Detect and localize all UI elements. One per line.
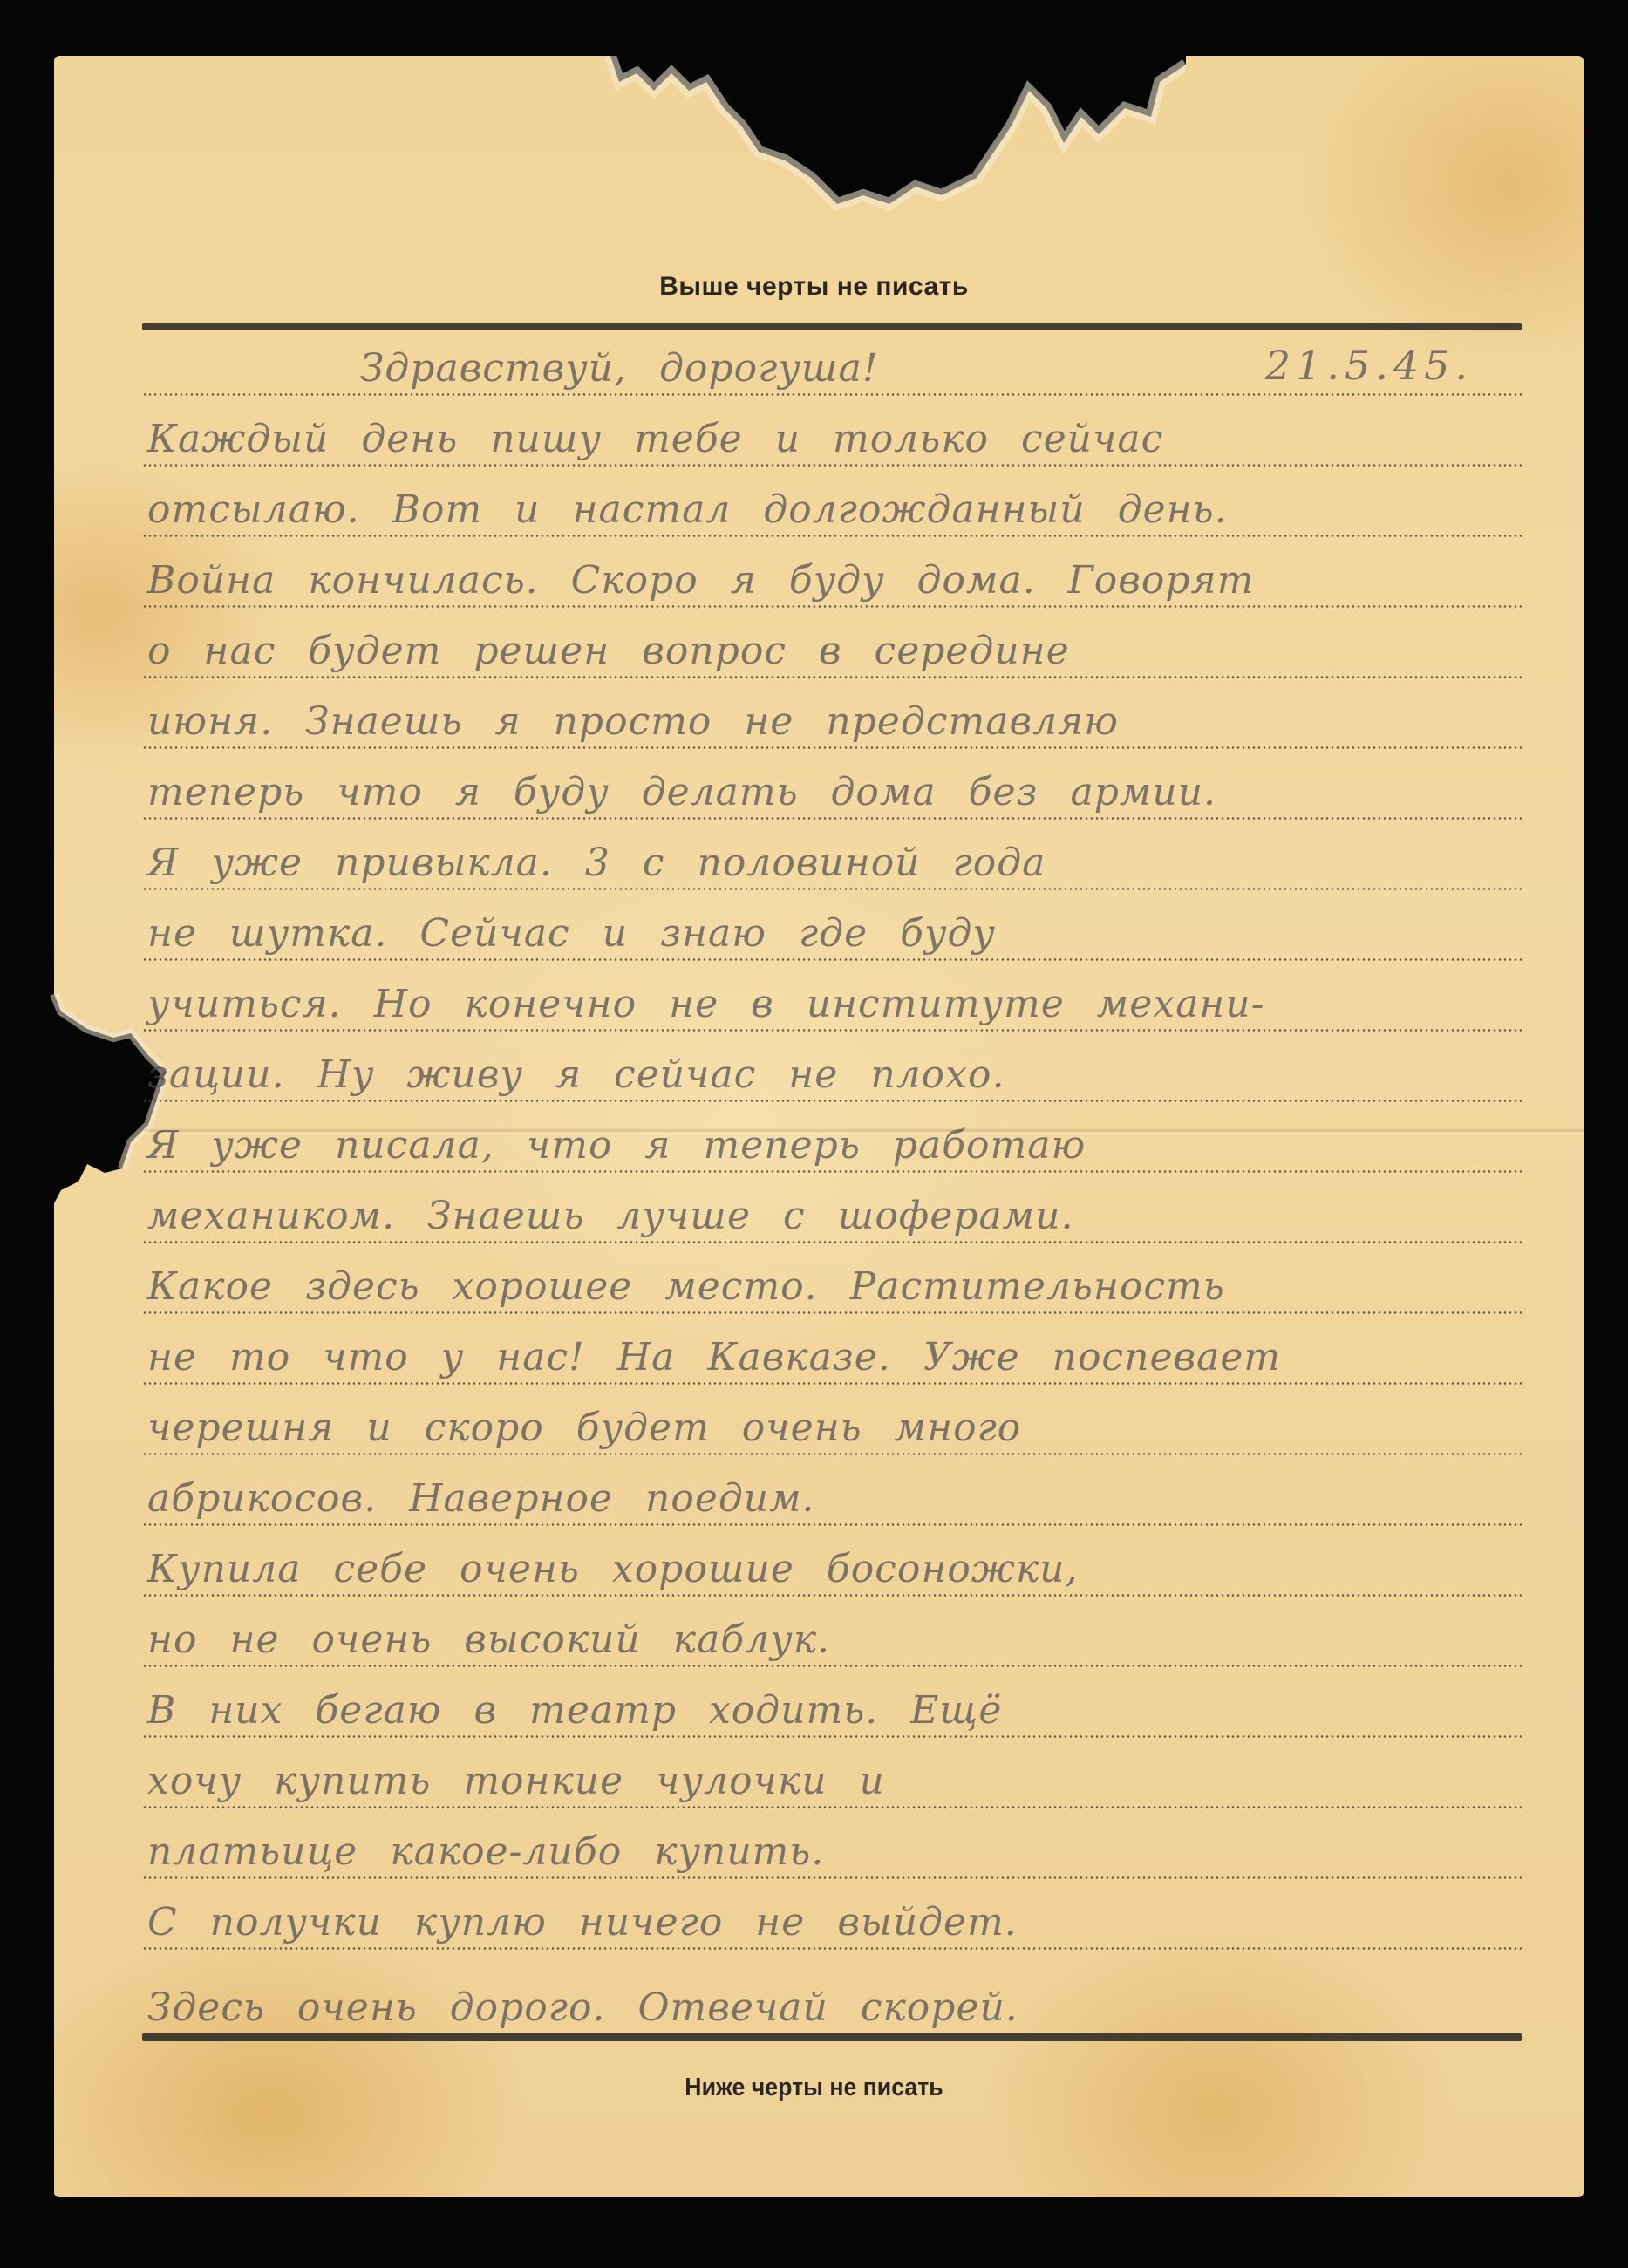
dotted-line: [142, 393, 1522, 396]
dotted-line: [142, 464, 1522, 467]
handwritten-line-last: Здесь очень дорого. Отвечай скорей.: [142, 1960, 1522, 2030]
handwritten-line: абрикосов. Наверное поедим.: [142, 1456, 1522, 1526]
dotted-line: [142, 1382, 1522, 1385]
handwritten-line: Я уже привыкла. 3 с половиной года: [142, 821, 1522, 890]
handwritten-line: С получки куплю ничего не выйдет.: [142, 1880, 1522, 1950]
dotted-line: [142, 1806, 1522, 1808]
handwritten-line: хочу купить тонкие чулочки и: [142, 1739, 1522, 1808]
handwritten-line: учиться. Но конечно не в институте механ…: [142, 962, 1522, 1032]
handwritten-line: Война кончилась. Скоро я буду дома. Гово…: [142, 538, 1522, 608]
line-greeting: Здравствуй, дорогуша! 21.5.45.: [142, 326, 1522, 396]
dotted-line: [142, 535, 1522, 537]
dotted-line: [142, 1241, 1522, 1243]
handwritten-line: о нас будет решен вопрос в середине: [142, 609, 1522, 678]
handwritten-line: Какое здесь хорошее место. Растительност…: [142, 1244, 1522, 1314]
handwritten-line: не то что у нас! На Кавказе. Уже поспева…: [142, 1315, 1522, 1385]
handwritten-line: июня. Знаешь я просто не представляю: [142, 679, 1522, 749]
handwritten-line: не шутка. Сейчас и знаю где буду: [142, 891, 1522, 961]
handwritten-line: платьице какое-либо купить.: [142, 1809, 1522, 1879]
dotted-line: [142, 1523, 1522, 1526]
letter-date: 21.5.45.: [1265, 342, 1473, 389]
dotted-line: [142, 1170, 1522, 1173]
dotted-line: [142, 1876, 1522, 1879]
dotted-line: [142, 1029, 1522, 1032]
handwritten-line: черешня и скоро будет очень много: [142, 1386, 1522, 1455]
bottom-rule: [142, 2033, 1522, 2041]
ruled-lines: Здравствуй, дорогуша! 21.5.45. Каждый де…: [142, 0, 1522, 2268]
dotted-line: [142, 1453, 1522, 1455]
footer-instruction: Ниже черты не писать: [65, 2074, 1563, 2102]
dotted-line: [142, 958, 1522, 961]
dotted-line: [142, 1100, 1522, 1102]
dotted-line: [142, 1735, 1522, 1738]
dotted-line: [142, 1311, 1522, 1314]
handwritten-line: Каждый день пишу тебе и только сейчас: [142, 397, 1522, 467]
dotted-line: [142, 817, 1522, 820]
dotted-line: [142, 605, 1522, 608]
handwritten-line: механиком. Знаешь лучше с шоферами.: [142, 1174, 1522, 1243]
dotted-line: [142, 1594, 1522, 1597]
dotted-line: [142, 888, 1522, 890]
greeting-text: Здравствуй, дорогуша!: [360, 346, 879, 391]
handwritten-line: Купила себе очень хорошие босоножки,: [142, 1527, 1522, 1597]
dotted-line: [142, 1665, 1522, 1667]
handwritten-line: зации. Ну живу я сейчас не плохо.: [142, 1032, 1522, 1102]
handwritten-line: В них бегаю в театр ходить. Ещё: [142, 1668, 1522, 1738]
dotted-line: [142, 746, 1522, 749]
handwritten-line: но не очень высокий каблук.: [142, 1597, 1522, 1667]
dotted-line: [142, 1947, 1522, 1950]
handwritten-line: Я уже писала, что я теперь работаю: [142, 1103, 1522, 1173]
dotted-line: [142, 676, 1522, 678]
handwritten-line: отсылаю. Вот и настал долгожданный день.: [142, 467, 1522, 537]
handwritten-line: теперь что я буду делать дома без армии.: [142, 750, 1522, 820]
